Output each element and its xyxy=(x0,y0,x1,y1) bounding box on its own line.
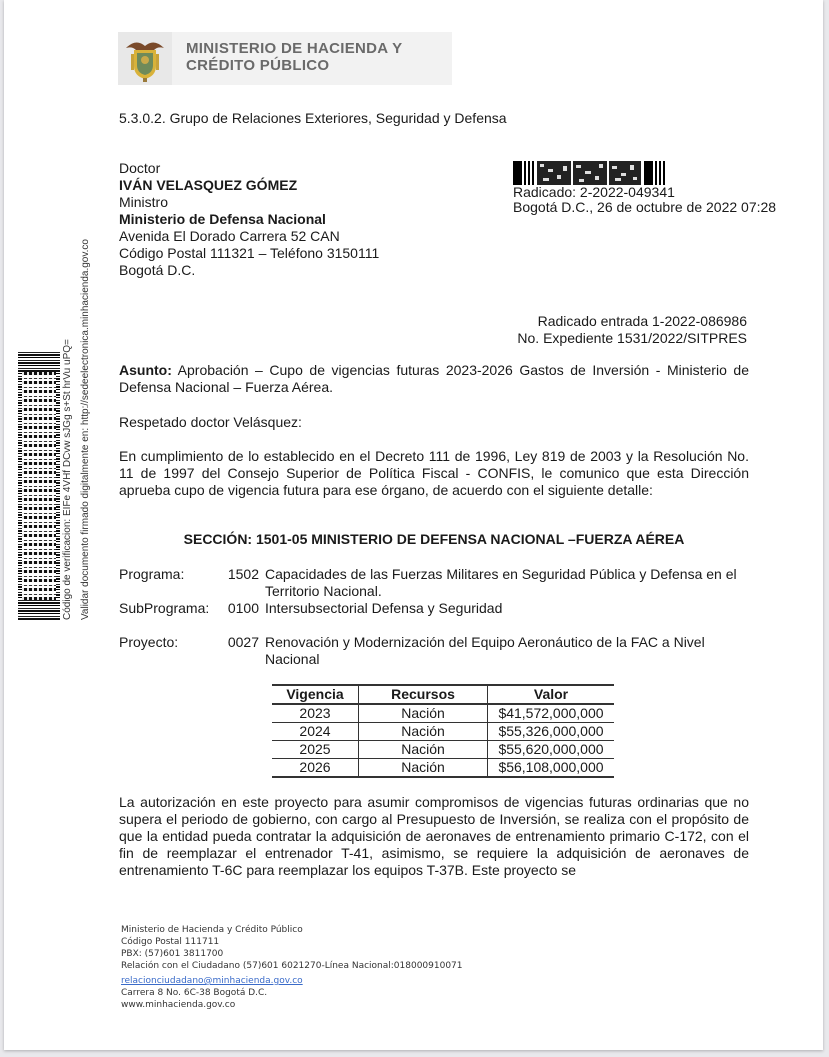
footer-email-link[interactable]: relacionciudadano@minhacienda.gov.co xyxy=(121,975,463,987)
program-row: Programa: 1502 Capacidades de las Fuerza… xyxy=(119,566,749,600)
recipient-block: Doctor IVÁN VELASQUEZ GÓMEZ Ministro Min… xyxy=(119,160,379,279)
vigencias-table: Vigencia Recursos Valor 2023 Nación $41,… xyxy=(272,684,614,778)
verification-code: Código de verificacion: EIFe 4VHf DCvw s… xyxy=(62,339,74,620)
section-title: SECCIÓN: 1501-05 MINISTERIO DE DEFENSA N… xyxy=(119,531,749,548)
subject-line: Asunto: Aprobación – Cupo de vigencias f… xyxy=(119,362,749,396)
recipient-postal-phone: Código Postal 111321 – Teléfono 3150111 xyxy=(119,245,379,262)
program-label: Programa: xyxy=(119,566,219,600)
recipient-title: Doctor xyxy=(119,160,379,177)
footer-line-4: Relación con el Ciudadano (57)601 602127… xyxy=(121,960,463,972)
colombia-coat-of-arms-icon xyxy=(118,32,172,85)
subject-text: Aprobación – Cupo de vigencias futuras 2… xyxy=(119,362,749,395)
cell-recursos: Nación xyxy=(359,723,488,741)
intro-paragraph: En cumplimiento de lo establecido en el … xyxy=(119,448,749,499)
header-vigencia: Vigencia xyxy=(272,685,359,704)
cell-valor: $55,620,000,000 xyxy=(488,741,615,759)
logo-line-1: MINISTERIO DE HACIENDA Y xyxy=(186,40,402,57)
cell-valor: $55,326,000,000 xyxy=(488,723,615,741)
cell-recursos: Nación xyxy=(359,704,488,723)
project-row: Proyecto: 0027 Renovación y Modernizació… xyxy=(119,634,749,668)
footer-line-2: Código Postal 111711 xyxy=(121,936,463,948)
cell-vigencia: 2024 xyxy=(272,723,359,741)
recipient-organization: Ministerio de Defensa Nacional xyxy=(119,211,379,228)
project-description: Renovación y Modernización del Equipo Ae… xyxy=(265,634,749,668)
subprogram-row: SubPrograma: 0100 Intersubsectorial Defe… xyxy=(119,600,749,617)
header-recursos: Recursos xyxy=(359,685,488,704)
ministry-footer: Ministerio de Hacienda y Crédito Público… xyxy=(121,924,463,1011)
program-code: 1502 xyxy=(219,566,259,600)
header-valor: Valor xyxy=(488,685,615,704)
recipient-position: Ministro xyxy=(119,194,379,211)
cell-valor: $56,108,000,000 xyxy=(488,759,615,778)
table-header-row: Vigencia Recursos Valor xyxy=(272,685,614,704)
subprogram-description: Intersubsectorial Defensa y Seguridad xyxy=(265,600,749,617)
cell-valor: $41,572,000,000 xyxy=(488,704,615,723)
cell-vigencia: 2023 xyxy=(272,704,359,723)
cell-recursos: Nación xyxy=(359,759,488,778)
recipient-address: Avenida El Dorado Carrera 52 CAN xyxy=(119,228,379,245)
expediente-number: No. Expediente 1531/2022/SITPRES xyxy=(504,330,747,347)
table-row: 2023 Nación $41,572,000,000 xyxy=(272,704,614,723)
radicado-date: Bogotá D.C., 26 de octubre de 2022 07:28 xyxy=(513,200,776,215)
table-row: 2025 Nación $55,620,000,000 xyxy=(272,741,614,759)
radicado-number: Radicado: 2-2022-049341 xyxy=(513,185,776,200)
body-paragraph: La autorización en este proyecto para as… xyxy=(119,794,749,879)
ministry-logo-text: MINISTERIO DE HACIENDA Y CRÉDITO PÚBLICO xyxy=(186,40,402,74)
table-row: 2024 Nación $55,326,000,000 xyxy=(272,723,614,741)
cell-recursos: Nación xyxy=(359,741,488,759)
footer-address: Carrera 8 No. 6C-38 Bogotá D.C. xyxy=(121,987,463,999)
footer-line-3: PBX: (57)601 3811700 xyxy=(121,948,463,960)
logo-line-2: CRÉDITO PÚBLICO xyxy=(186,57,402,74)
project-code: 0027 xyxy=(219,634,259,668)
barcode-icon xyxy=(513,161,688,185)
cell-vigencia: 2025 xyxy=(272,741,359,759)
footer-line-1: Ministerio de Hacienda y Crédito Público xyxy=(121,924,463,936)
department-line: 5.3.0.2. Grupo de Relaciones Exteriores,… xyxy=(119,110,507,127)
radicado-entrada: Radicado entrada 1-2022-086986 xyxy=(504,313,747,330)
recipient-city: Bogotá D.C. xyxy=(119,262,379,279)
subprogram-label: SubPrograma: xyxy=(119,600,219,617)
pdf417-barcode-pattern xyxy=(22,372,56,600)
filing-stamp: Radicado: 2-2022-049341 Bogotá D.C., 26 … xyxy=(513,161,776,215)
table-row: 2026 Nación $56,108,000,000 xyxy=(272,759,614,778)
project-label: Proyecto: xyxy=(119,634,219,668)
cell-vigencia: 2026 xyxy=(272,759,359,778)
reference-block: Radicado entrada 1-2022-086986 No. Exped… xyxy=(504,313,747,347)
subprogram-code: 0100 xyxy=(219,600,259,617)
document-page: MINISTERIO DE HACIENDA Y CRÉDITO PÚBLICO… xyxy=(4,0,823,1050)
subject-label: Asunto: xyxy=(119,362,172,378)
recipient-name: IVÁN VELASQUEZ GÓMEZ xyxy=(119,177,379,194)
greeting: Respetado doctor Velásquez: xyxy=(119,414,302,431)
program-description: Capacidades de las Fuerzas Militares en … xyxy=(265,566,749,600)
footer-website[interactable]: www.minhacienda.gov.co xyxy=(121,999,463,1011)
validation-url: Validar documento firmado digitalmente e… xyxy=(80,239,92,620)
